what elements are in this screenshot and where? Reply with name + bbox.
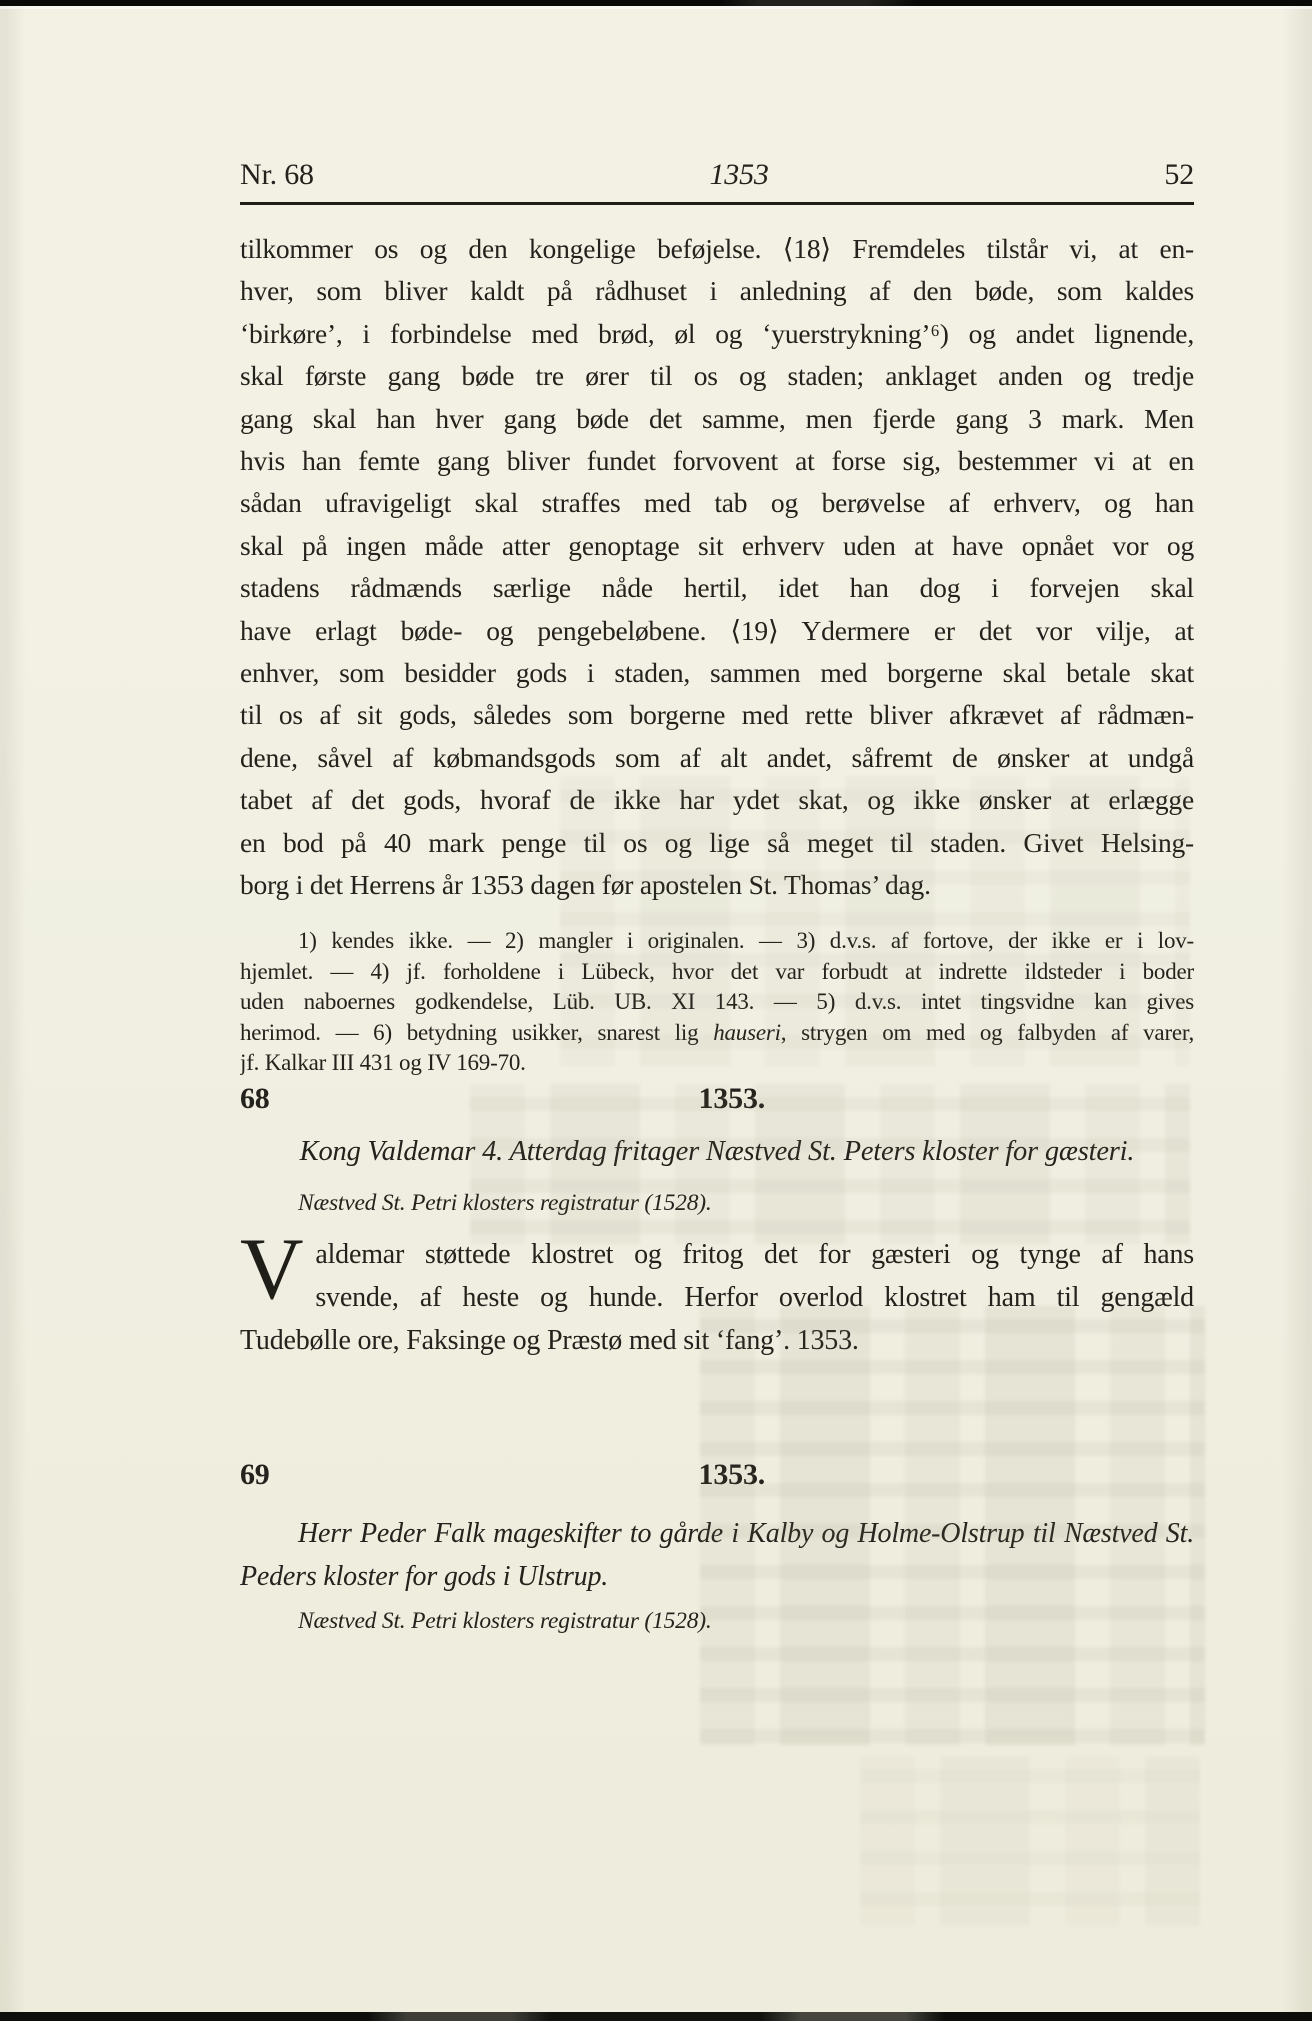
entry-69-source: Næstved St. Petri klosters registratur (… <box>240 1608 1194 1635</box>
entry-68-source: Næstved St. Petri klosters registratur (… <box>240 1190 1194 1217</box>
footnote-text: , strygen om med og falbyden af varer, <box>781 1020 1194 1045</box>
body-line: stadens rådmænds særlige nåde hertil, id… <box>240 567 1194 609</box>
footnote-line: herimod. — 6) betydning usikker, snarest… <box>240 1018 1194 1049</box>
show-through-artifact <box>860 1756 1200 1926</box>
body-line: sådan ufravigeligt skal straffes med tab… <box>240 482 1194 524</box>
footnote-text: herimod. — 6) betydning usikker, snarest… <box>240 1020 713 1045</box>
entry-68-year: 1353. <box>270 1082 1194 1116</box>
entry-69-header: 69 1353. <box>240 1458 1194 1498</box>
scan-bottom-bar <box>0 2012 1312 2021</box>
body-line: skal første gang bøde tre ører til os og… <box>240 355 1194 397</box>
entry-68-header: 68 1353. <box>240 1082 1194 1122</box>
body-line: til os af sit gods, således som borgerne… <box>240 694 1194 736</box>
body-line: have erlagt bøde- og pengebeløbene. ⟨19⟩… <box>240 610 1194 652</box>
document-body-paragraph: tilkommer os og den kongelige beføjelse.… <box>240 228 1194 907</box>
body-line: dene, såvel af købmandsgods som af alt a… <box>240 737 1194 779</box>
footnote-cited-term: hauseri <box>713 1020 781 1045</box>
entry-69-number: 69 <box>240 1458 270 1492</box>
body-line: gang skal han hver gang bøde det samme, … <box>240 398 1194 440</box>
body-line: tilkommer os og den kongelige beføjelse.… <box>240 228 1194 270</box>
entry-69-heading: Herr Peder Falk mageskifter to gårde i K… <box>240 1512 1194 1598</box>
body-line: enhver, som besidder gods i staden, samm… <box>240 652 1194 694</box>
header-page-number: 52 <box>1164 158 1194 192</box>
entry-68-paragraph-lines: aldemar støttede klostret og fritog det … <box>315 1233 1194 1319</box>
body-line: hver, som bliver kaldt på rådhuset i anl… <box>240 270 1194 312</box>
body-line: en bod på 40 mark penge til os og lige s… <box>240 822 1194 864</box>
entry-69-heading-line: Herr Peder Falk mageskifter to gårde i K… <box>240 1512 1194 1555</box>
entry-68-paragraph: V aldemar støttede klostret og fritog de… <box>240 1233 1194 1319</box>
footnotes: 1) kendes ikke. — 2) mangler i originale… <box>240 926 1194 1079</box>
book-page: Nr. 68 1353 52 tilkommer os og den konge… <box>0 6 1312 2012</box>
header-document-reference: Nr. 68 <box>240 158 314 192</box>
entry-68-number: 68 <box>240 1082 270 1116</box>
footnote-line: hjemlet. — 4) jf. forholdene i Lübeck, h… <box>240 957 1194 988</box>
body-line: hvis han femte gang bliver fundet forvov… <box>240 440 1194 482</box>
page-header: Nr. 68 1353 52 <box>240 158 1194 198</box>
header-rule <box>240 202 1194 205</box>
body-line: skal på ingen måde atter genoptage sit e… <box>240 525 1194 567</box>
entry-69-heading-line: Peders kloster for gods i Ulstrup. <box>240 1555 1194 1598</box>
drop-cap-initial: V <box>240 1233 303 1307</box>
paragraph-line: aldemar støttede klostret og fritog det … <box>315 1233 1194 1276</box>
entry-69-year: 1353. <box>270 1458 1194 1492</box>
body-line-last: borg i det Herrens år 1353 dagen før apo… <box>240 864 1194 906</box>
entry-68-paragraph-last-line: Tudebølle ore, Faksinge og Præstø med si… <box>240 1319 1194 1362</box>
footnote-line: 1) kendes ikke. — 2) mangler i originale… <box>240 926 1194 957</box>
entry-68-heading: Kong Valdemar 4. Atterdag fritager Næstv… <box>240 1136 1194 1168</box>
header-year: 1353 <box>314 158 1165 192</box>
body-line: tabet af det gods, hvoraf de ikke har yd… <box>240 779 1194 821</box>
body-line: ‘birkøre’, i forbindelse med brød, øl og… <box>240 313 1194 355</box>
paragraph-line: svende, af heste og hunde. Herfor overlo… <box>315 1276 1194 1319</box>
footnote-line: uden naboernes godkendelse, Lüb. UB. XI … <box>240 987 1194 1018</box>
footnote-line-last: jf. Kalkar III 431 og IV 169-70. <box>240 1048 1194 1079</box>
